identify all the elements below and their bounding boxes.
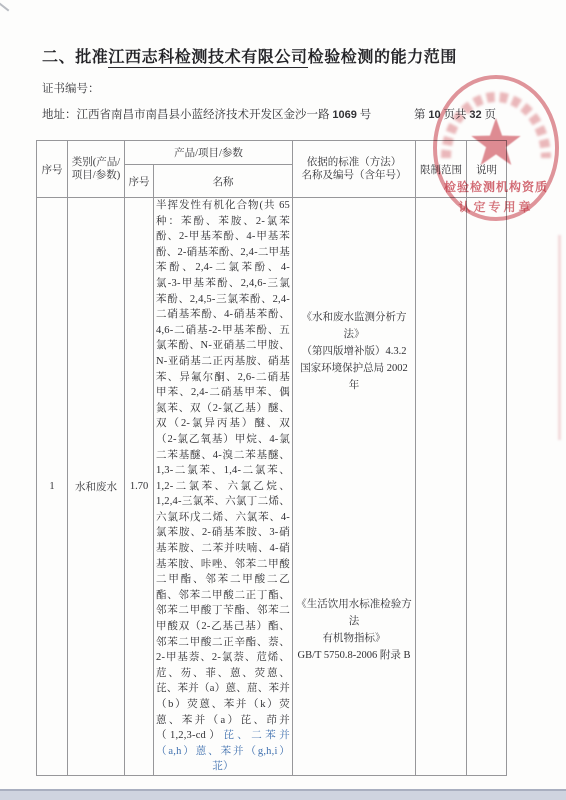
table-row: 1 水和废水 1.70 半挥发性有机化合物(共 65 种：苯酚、苯胺、2-氯苯酚… — [37, 198, 507, 776]
standard-2-line2: 有机物指标》 — [295, 630, 413, 647]
category-header-line2: 项目/参数) — [70, 169, 122, 182]
standard-2-line3: GB/T 5750.8-2006 附录 B — [295, 647, 413, 664]
scan-corner-artifact — [0, 3, 9, 12]
column-header-sub-seq: 序号 — [125, 165, 154, 198]
cell-seq: 1 — [37, 198, 68, 776]
cell-limit — [416, 198, 467, 776]
cell-sub-seq: 1.70 — [125, 198, 154, 776]
page-indicator-middle: 页共 — [441, 109, 470, 121]
column-header-limit: 限制范围 — [416, 141, 467, 198]
page-total-number: 32 — [469, 109, 481, 121]
cell-standards: 《水和废水监测分析方法》 （第四版增补版）4.3.2 国家环境保护总局 2002… — [293, 198, 416, 776]
page-indicator-suffix: 页 — [482, 109, 496, 121]
category-header-line1: 类别(产品/ — [70, 156, 122, 169]
column-header-seq: 序号 — [37, 141, 68, 198]
parameter-list-main: 半挥发性有机化合物(共 65 种：苯酚、苯胺、2-氯苯酚、2-甲基苯酚、4-甲基… — [156, 200, 290, 741]
page-indicator-text: 第 — [414, 109, 428, 121]
page-indicator: 第 10 页共 32 页 — [414, 106, 496, 122]
column-header-category: 类别(产品/ 项目/参数) — [68, 141, 125, 198]
page-current-number: 10 — [428, 109, 440, 121]
certificate-number-label: 证书编号： — [42, 80, 100, 96]
standard-1-line3: 国家环境保护总局 2002 年 — [295, 360, 413, 394]
column-header-product-group: 产品/项目/参数 — [125, 141, 293, 165]
page-title: 二、批准江西志科检测技术有限公司检验检测的能力范围 — [42, 44, 457, 67]
standard-reference-1: 《水和废水监测分析方法》 （第四版增补版）4.3.2 国家环境保护总局 2002… — [295, 309, 413, 394]
capability-table: 序号 类别(产品/ 项目/参数) 产品/项目/参数 依据的标准（方法） 名称及编… — [36, 140, 507, 776]
standard-header-line1: 依据的标准（方法） — [295, 156, 413, 169]
scanned-document-page: 二、批准江西志科检测技术有限公司检验检测的能力范围 证书编号： 地址：江西省南昌… — [0, 0, 566, 800]
standard-2-line1: 《生活饮用水标准检验方法 — [295, 596, 413, 630]
title-company-name: 江西志科检测技术有限公司 — [108, 49, 307, 68]
address-suffix: 号 — [357, 109, 371, 121]
address-text: 地址：江西省南昌市南昌县小蓝经济技术开发区金沙一路 — [42, 109, 332, 121]
column-header-name: 名称 — [154, 165, 293, 198]
cell-note — [467, 198, 507, 776]
cell-category: 水和废水 — [68, 198, 125, 776]
standard-1-line1: 《水和废水监测分析方法》 — [295, 309, 413, 343]
column-header-standard: 依据的标准（方法） 名称及编号（含年号） — [293, 141, 416, 198]
title-prefix: 二、批准 — [42, 49, 108, 66]
scan-edge-bottom — [0, 789, 566, 800]
cell-parameter-name: 半挥发性有机化合物(共 65 种：苯酚、苯胺、2-氯苯酚、2-甲基苯酚、4-甲基… — [154, 198, 293, 776]
column-header-note: 说明 — [467, 141, 507, 198]
scan-edge-smear — [558, 235, 561, 440]
standard-reference-2: 《生活饮用水标准检验方法 有机物指标》 GB/T 5750.8-2006 附录 … — [295, 596, 413, 664]
standard-header-line2: 名称及编号（含年号） — [295, 169, 413, 182]
address-number: 1069 — [332, 109, 356, 121]
address-line: 地址：江西省南昌市南昌县小蓝经济技术开发区金沙一路 1069 号 — [42, 106, 371, 122]
standard-1-line2: （第四版增补版）4.3.2 — [295, 343, 413, 360]
title-suffix: 检验检测的能力范围 — [308, 49, 457, 66]
